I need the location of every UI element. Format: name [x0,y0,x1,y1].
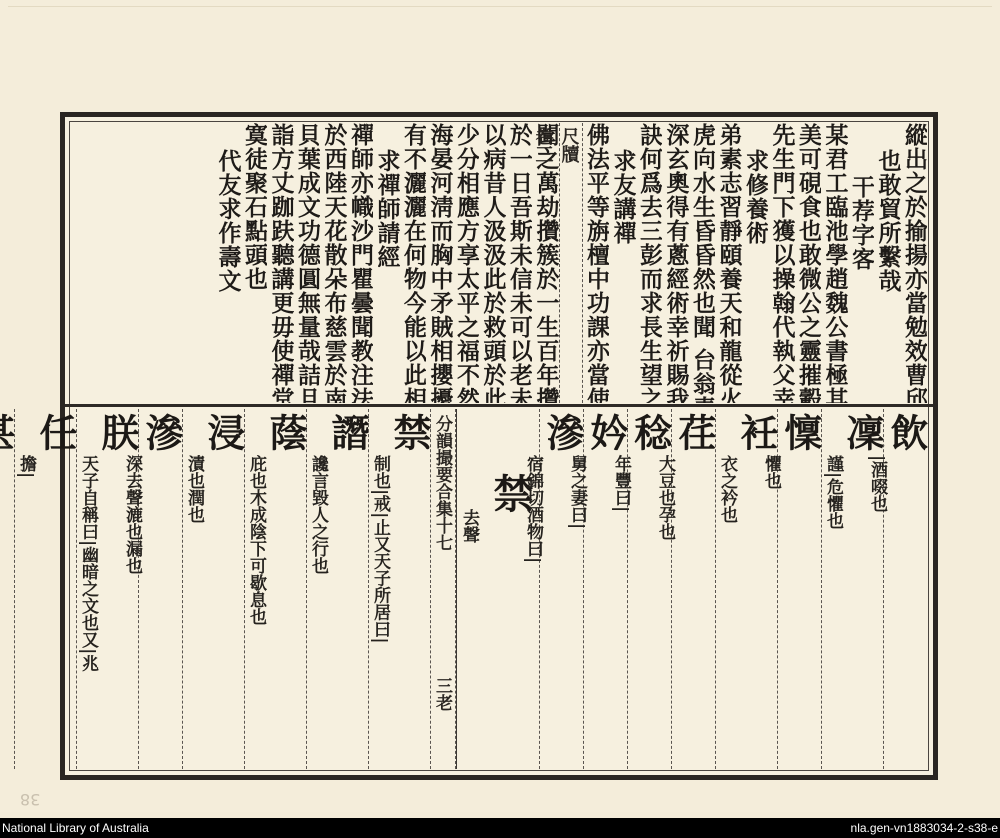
entry-gloss: 懼也 [761,455,780,769]
text-column: 虎向水生昏昏然也聞 台翁素 [689,123,716,403]
dictionary-entry: 禁 制也|戒|止又天子所居曰| [368,409,430,769]
text-column: 海晏河淸而胸中矛賊相攖擾大 [426,123,453,403]
dictionary-entry: 譖 讒言毀人之行也 [306,409,368,769]
text-column: 有不灑灑在何物今能以此相賜 [400,123,427,403]
dictionary-entry: 甚 極也過也 [0,409,14,769]
dictionary-entry: 任 擔| [14,409,76,769]
entry-gloss: 謹|危懼也 [823,455,842,769]
text-column: 美可硯食也敢微公之靈摧轂 [795,123,822,403]
entry-head: 懍 [780,413,820,769]
fold-center-strip: 尺牘 卷三 [559,123,583,403]
dictionary-entry: 滲 深去聲漉也漏也 [138,409,182,769]
upper-register: 縱出之於揄揚亦當勉效曹邱生 也敢貿所繫哉 干荐字客 某君工臨池學趙魏公書極其甚 … [71,123,927,403]
entry-gloss: 舅之妻曰| [567,455,586,769]
entry-head: 譖 [327,413,367,769]
dictionary-entry: 浸 漬也潤也 [182,409,244,769]
image-identifier: nla.gen-vn1883034-2-s38-e [851,821,998,835]
entry-gloss: 深去聲漉也漏也 [122,455,141,769]
text-column: 也敢貿所繫哉 [874,123,901,403]
entry-gloss: |酒啜也 [867,455,886,769]
dictionary-entry: 荏 大豆也孕也 [671,409,715,769]
entry-gloss: 宿錦切酒物曰| [523,455,542,769]
entry-head: 浸 [203,413,243,769]
text-column: 某君工臨池學趙魏公書極其甚 [821,123,848,403]
entry-gloss: 漬也潤也 [184,455,203,769]
book-title: 尺牘 [556,127,582,403]
section-heading: 求修養術 [742,123,769,403]
entry-gloss: 讒言毀人之行也 [308,455,327,769]
pencil-page-number: 38 [20,790,40,809]
section-heading: 求友講禪 [609,123,636,403]
register-divider [65,404,933,407]
text-column: 以病昔人汲汲此於救頭於此有 [479,123,506,403]
entry-gloss: 制也|戒|止又天子所居曰| [370,455,389,769]
fold-center-strip: 分韻撮要合集十七 三老 [430,409,456,769]
text-column: 訣何爲去三彭而求長生望之肆 [636,123,663,403]
entry-head: 飲 [886,413,926,769]
lower-register: 飲 |酒啜也 凜 謹|危懼也 懍 懼也 衽 衣之衿也 荏 大豆也孕也 稔 年豐曰… [71,409,927,769]
book-title: 分韻撮要合集十七 [432,415,452,551]
entry-gloss: 年豐曰| [611,455,630,769]
entry-gloss: 天子自稱曰|幽暗之文也又|兆 [78,455,97,769]
text-column: 於西陸天花散朵布慈雲於南極 [320,123,347,403]
library-name: National Library of Australia [2,821,149,835]
tone-label: 去聲 [457,509,482,769]
section-heading: 求禪師請經 [373,123,400,403]
entry-head: 滲 [141,413,181,769]
entry-head: 蔭 [265,413,305,769]
footer-bar: National Library of Australia nla.gen-vn… [0,818,1000,838]
entry-gloss: 衣之衿也 [717,455,736,769]
text-column: 於一日吾斯未信未可以老未可 [506,123,533,403]
dictionary-entry: 懍 懼也 [777,409,821,769]
text-column: 貝葉成文功德圓無量哉詰且且 [294,123,321,403]
folio-number: 三老 [432,677,452,711]
entry-head: 禁 [389,413,429,769]
entry-gloss: 擔| [16,455,35,769]
entry-head: 任 [35,413,75,769]
text-column: 寞徒聚石點頭也 [241,123,268,403]
entry-head: 甚 [0,413,13,769]
dictionary-entry: 飲 |酒啜也 [883,409,927,769]
text-column: 詣方丈跏趺聽講更毋使禪堂寂 [267,123,294,403]
text-column: 先生門下獲以操翰代執父幸甚 [768,123,795,403]
volume-label: 卷三 [530,127,556,403]
text-column: 少分相應方享太平之福不然即 [453,123,480,403]
entry-gloss: 庇也木成陰下可歇息也 [246,455,265,769]
text-column: 深玄奧得有蔥經術幸祈賜我一 [662,123,689,403]
text-column: 弟素志習靜頤養天和龍從火出 [715,123,742,403]
text-column: 縱出之於揄揚亦當勉效曹邱生 [901,123,928,403]
text-column: 禪師亦幟沙門瞿曇聞教注法雨 [347,123,374,403]
section-heading: 代友求作壽文 [214,123,241,403]
text-column: 佛法平等旃檀中功課亦當使弟 [583,123,610,403]
scanned-page: 縱出之於揄揚亦當勉效曹邱生 也敢貿所繫哉 干荐字客 某君工臨池學趙魏公書極其甚 … [0,0,1000,812]
dictionary-entry: 蔭 庇也木成陰下可歇息也 [244,409,306,769]
entry-head: 荏 [674,413,714,769]
entry-gloss: 大豆也孕也 [655,455,674,769]
printed-frame: 縱出之於揄揚亦當勉效曹邱生 也敢貿所繫哉 干荐字客 某君工臨池學趙魏公書極其甚 … [60,112,938,780]
section-heading: 干荐字客 [848,123,875,403]
